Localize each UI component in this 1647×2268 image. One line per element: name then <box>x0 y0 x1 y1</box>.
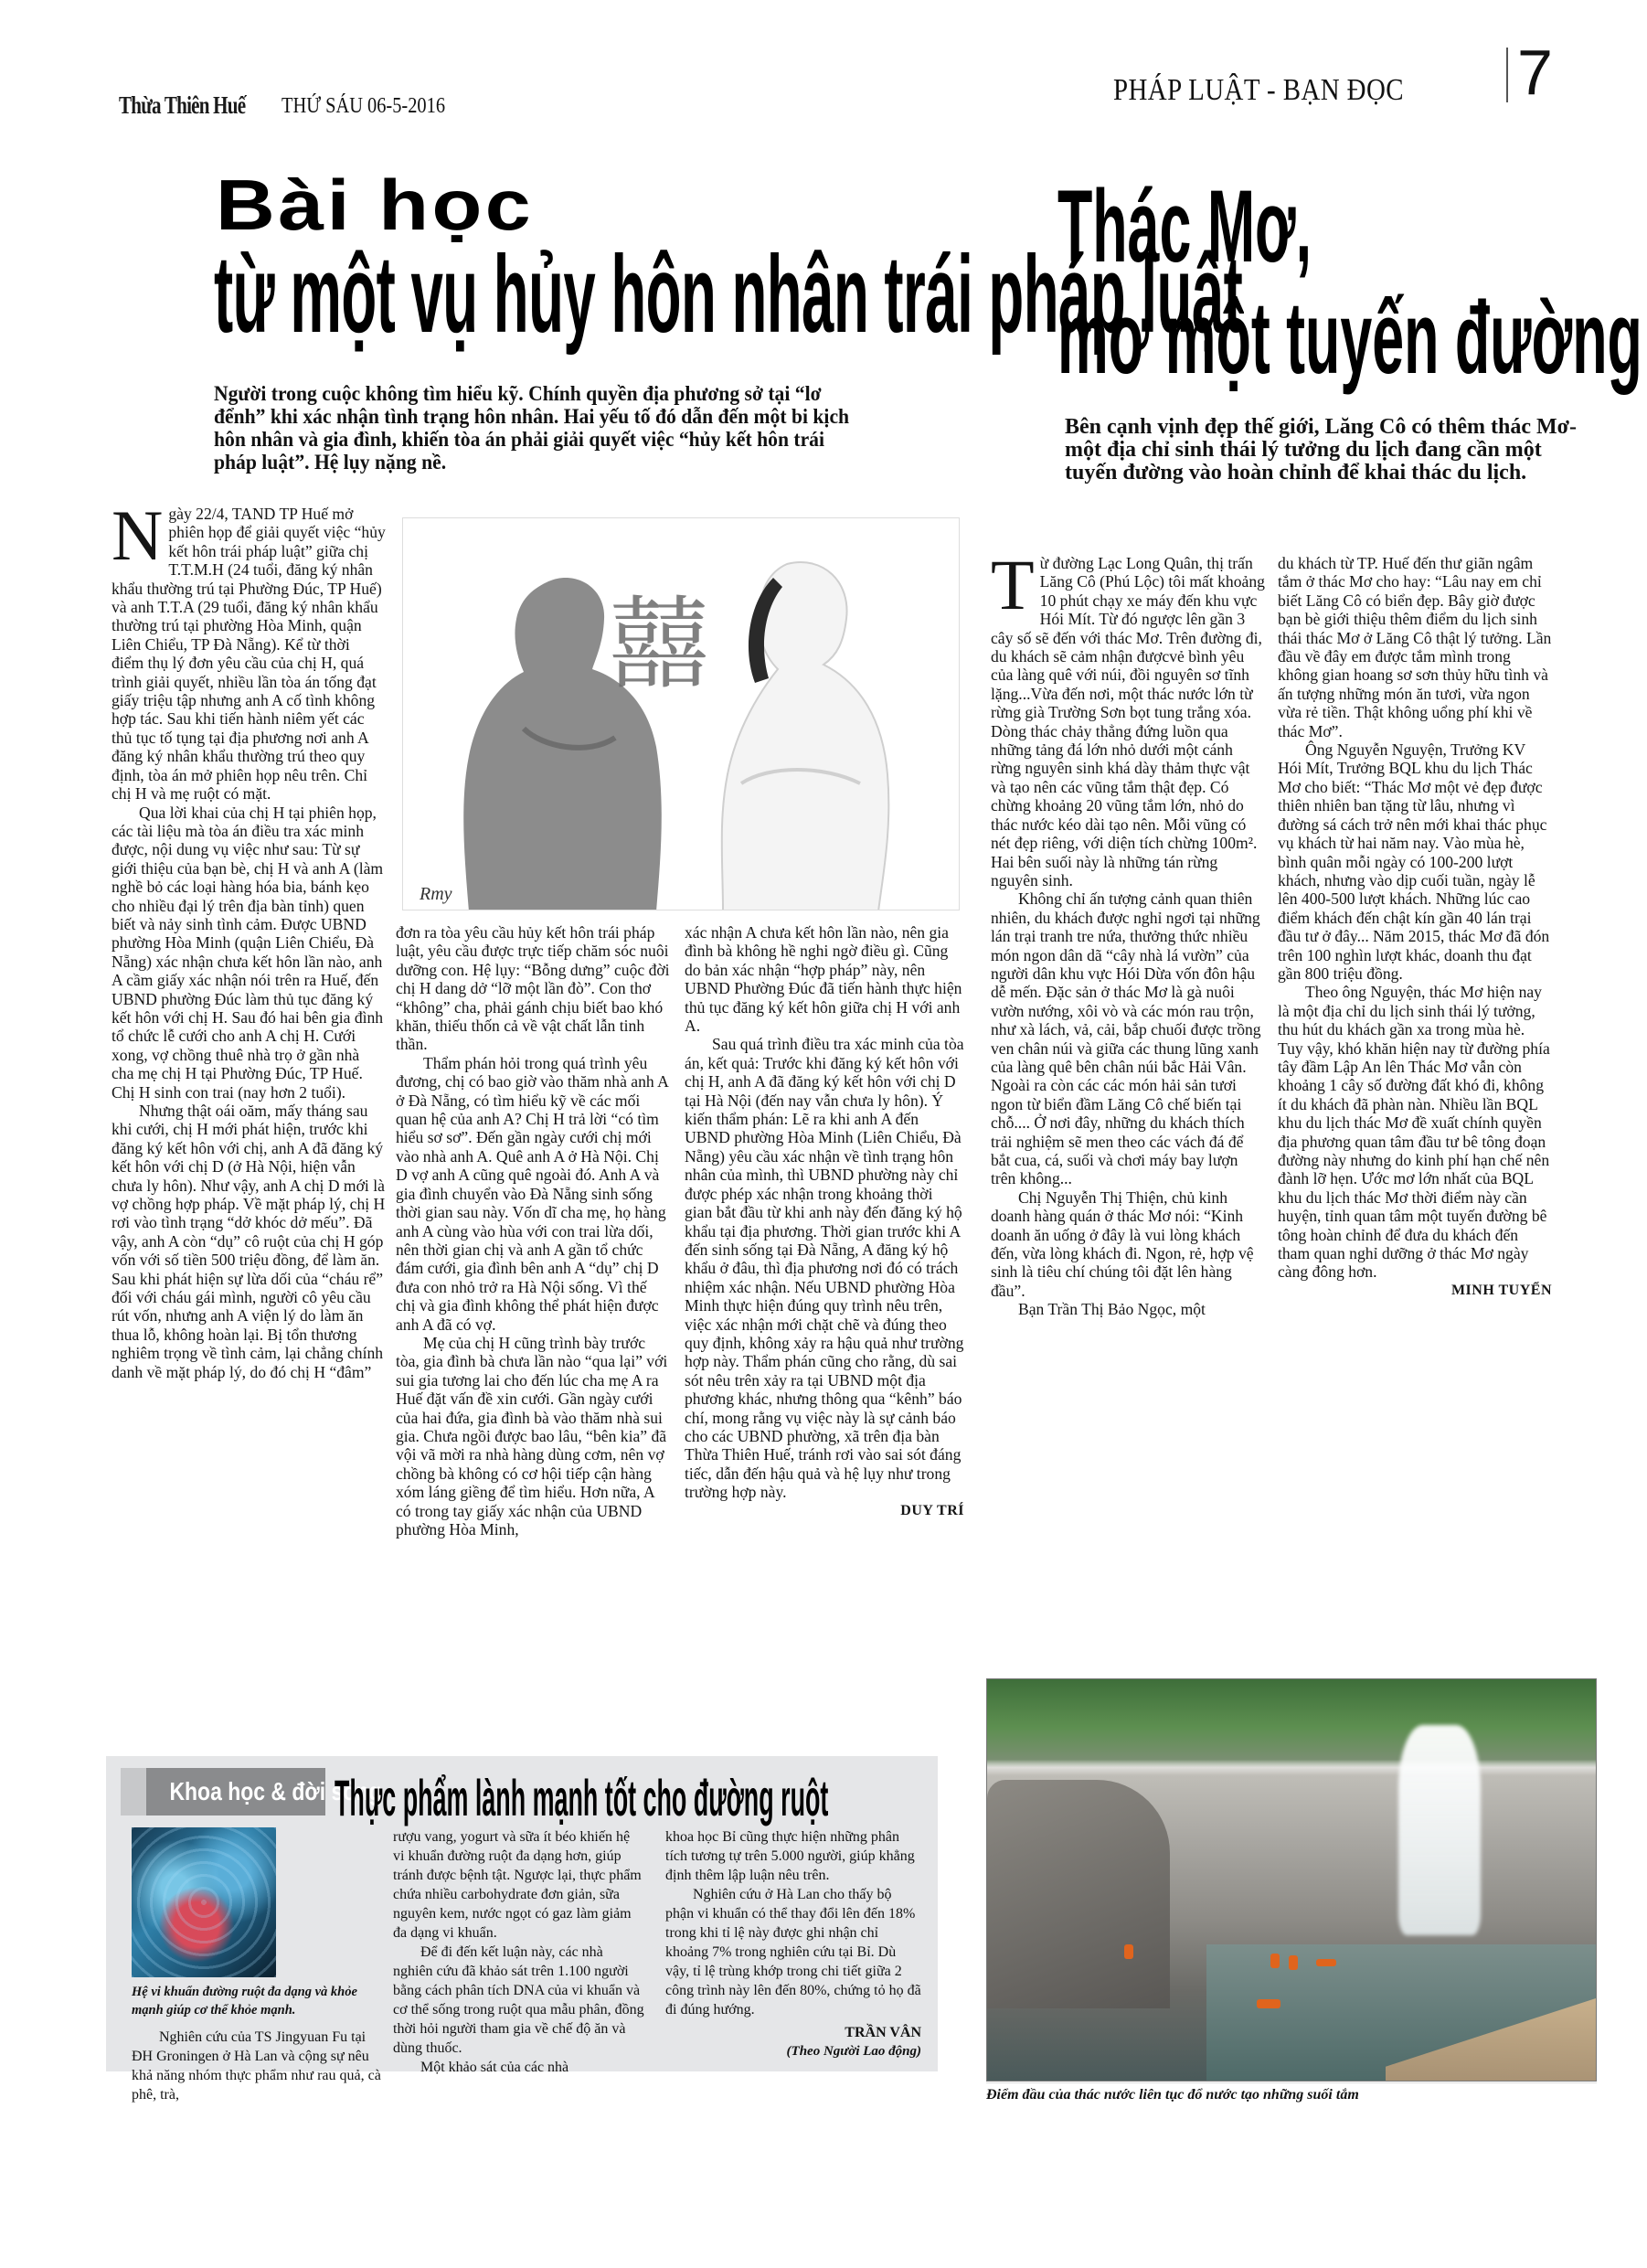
photo-person <box>1270 1954 1280 1968</box>
science-paragraph: khoa học Bỉ cũng thực hiện những phân tí… <box>665 1827 921 1885</box>
article1-paragraph: đơn ra tòa yêu cầu hủy kết hôn trái pháp… <box>396 923 670 1054</box>
article2-paragraph: Từ đường Lạc Long Quân, thị trấn Lăng Cô… <box>991 554 1265 889</box>
gut-bacteria-image <box>132 1827 276 1977</box>
article2-paragraph: du khách từ TP. Huế đến thư giãn ngâm tắ… <box>1278 554 1552 740</box>
science-paragraph: Để đi đến kết luận này, các nhà nghiên c… <box>393 1943 644 2058</box>
category-tab: Khoa học & đời sống <box>146 1768 325 1815</box>
science-column-3: khoa học Bỉ cũng thực hiện những phân tí… <box>665 1827 921 2061</box>
article2-headline-line1: Thác Mơ, <box>1057 176 1312 278</box>
woman-silhouette-icon <box>686 555 924 910</box>
article1-illustration: 囍 Rmy <box>402 517 960 910</box>
science-paragraph: Một khảo sát của các nhà <box>393 2058 644 2077</box>
photo-caption-rule <box>986 2082 1597 2083</box>
photo-caption: Điểm đầu của thác nước liên tục đổ nước … <box>986 2087 1359 2103</box>
science-box-title: Thực phẩm lành mạnh tốt cho đường ruột <box>335 1773 828 1824</box>
article1-paragraph: Ngày 22/4, TAND TP Huế mở phiên họp để g… <box>112 505 386 804</box>
science-box: Khoa học & đời sống Thực phẩm lành mạnh … <box>106 1756 938 2071</box>
science-paragraph: Nghiên cứu ở Hà Lan cho thấy bộ phận vi … <box>665 1885 921 2019</box>
article1-headline-line1: Bài học <box>216 169 534 240</box>
article1-paragraph: Nhưng thật oái oăm, mấy tháng sau khi cư… <box>112 1102 386 1381</box>
article1-column-1: Ngày 22/4, TAND TP Huế mở phiên họp để g… <box>112 505 386 1730</box>
science-column-1: Nghiên cứu của TS Jingyuan Fu tại ĐH Gro… <box>132 2028 388 2104</box>
article1-column-2: đơn ra tòa yêu cầu hủy kết hôn trái pháp… <box>396 923 670 1539</box>
photo-person <box>1316 1959 1336 1966</box>
science-image-caption: Hệ vi khuẩn đường ruột đa dạng và khỏe m… <box>132 1983 383 2019</box>
double-happiness-glyph: 囍 <box>609 564 709 708</box>
article2-column-2: du khách từ TP. Huế đến thư giãn ngâm tắ… <box>1278 554 1552 1300</box>
photo-rock-left <box>987 1780 1170 2008</box>
article2-sapo: Bên cạnh vịnh đẹp thế giới, Lăng Cô có t… <box>1065 416 1577 484</box>
article2-paragraph: Theo ông Nguyện, thác Mơ hiện nay là một… <box>1278 983 1552 1282</box>
article1-paragraph: Thẩm phán hỏi trong quá trình yêu đương,… <box>396 1054 670 1334</box>
header-divider <box>1506 48 1508 102</box>
section-title: PHÁP LUẬT - BẠN ĐỌC <box>1113 73 1404 108</box>
dropcap: N <box>112 508 163 563</box>
photo-person <box>1257 1999 1280 2008</box>
article2-paragraph: Chị Nguyễn Thị Thiện, chủ kinh doanh hàn… <box>991 1188 1265 1300</box>
science-column-2: rượu vang, yogurt và sữa ít béo khiến hệ… <box>393 1827 644 2077</box>
article1-sapo: Người trong cuộc không tìm hiểu kỹ. Chín… <box>214 382 866 474</box>
artist-signature: Rmy <box>420 884 452 905</box>
article2-paragraph: Không chỉ ấn tượng cảnh quan thiên nhiên… <box>991 889 1265 1188</box>
article2-paragraph: Ông Nguyễn Nguyện, Trưởng KV Hói Mít, Tr… <box>1278 740 1552 983</box>
dropcap: T <box>991 558 1035 612</box>
article1-paragraph: Sau quá trình điều tra xác minh của tòa … <box>685 1035 964 1501</box>
photo-person <box>1124 1944 1133 1959</box>
article1-paragraph: Mẹ của chị H cũng trình bày trước tòa, g… <box>396 1334 670 1539</box>
masthead-logo: Thừa Thiên Huế <box>119 91 245 120</box>
photo-person <box>1289 1955 1298 1970</box>
science-byline: TRẦN VÂN <box>665 2023 921 2042</box>
waterfall-photo <box>986 1678 1597 2082</box>
issue-date: THỨ SÁU 06-5-2016 <box>282 94 445 119</box>
science-source: (Theo Người Lao động) <box>665 2042 921 2061</box>
photo-waterfall <box>1398 1725 1481 1935</box>
article1-column-3: xác nhận A chưa kết hôn lần nào, nên gia… <box>685 923 964 1520</box>
science-paragraph: Nghiên cứu của TS Jingyuan Fu tại ĐH Gro… <box>132 2028 388 2104</box>
article2-column-1: Từ đường Lạc Long Quân, thị trấn Lăng Cô… <box>991 554 1265 1319</box>
article2-byline: MINH TUYỂN <box>1278 1282 1552 1300</box>
article2-headline-line2: mơ một tuyến đường <box>1057 287 1642 389</box>
article1-paragraph: xác nhận A chưa kết hôn lần nào, nên gia… <box>685 923 964 1035</box>
page-number: 7 <box>1517 40 1553 104</box>
article1-paragraph: Qua lời khai của chị H tại phiên họp, cá… <box>112 804 386 1102</box>
article2-paragraph: Bạn Trần Thị Bảo Ngọc, một <box>991 1300 1265 1318</box>
science-paragraph: rượu vang, yogurt và sữa ít béo khiến hệ… <box>393 1827 644 1943</box>
article1-byline: DUY TRÍ <box>685 1502 964 1520</box>
